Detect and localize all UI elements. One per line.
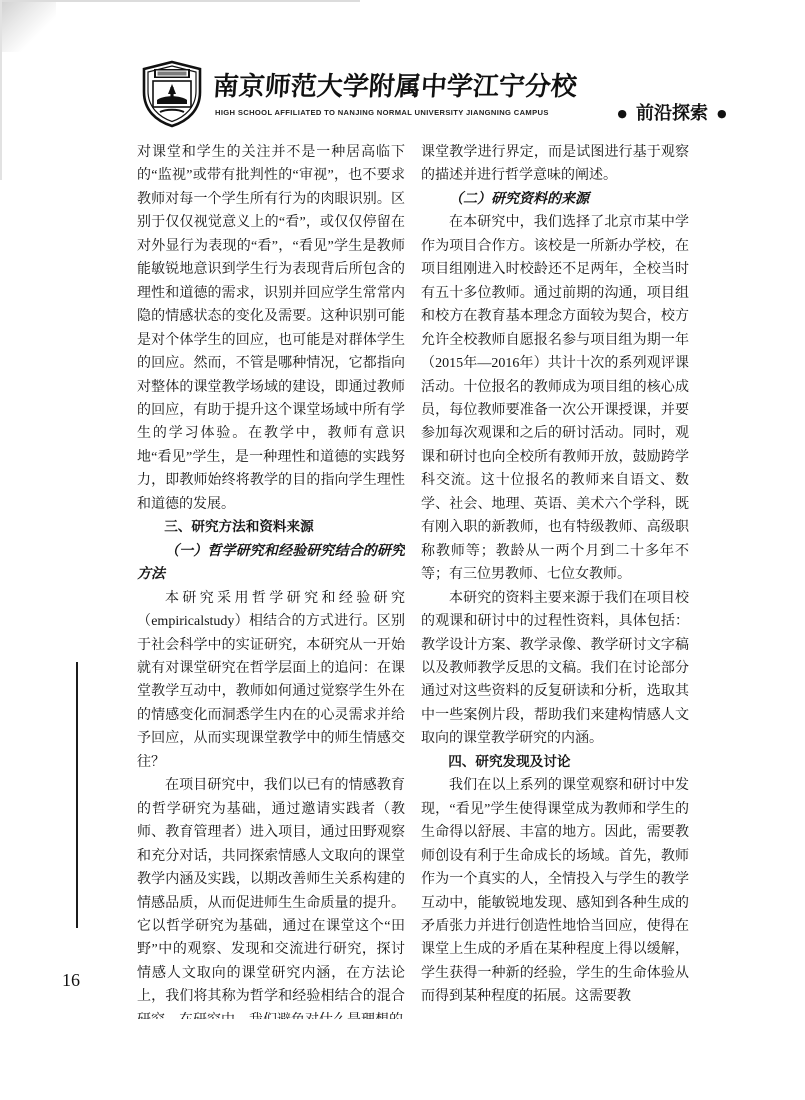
school-crest-icon bbox=[138, 60, 206, 128]
margin-rule bbox=[76, 662, 78, 928]
paragraph: 在本研究中，我们选择了北京市某中学作为项目合作方。该校是一所新办学校，在项目组刚… bbox=[421, 211, 689, 586]
subsection-heading: （一）哲学研究和经验研究结合的研究方法 bbox=[137, 540, 405, 587]
section-badge-label: 前沿探索 bbox=[636, 103, 708, 124]
badge-bullet-right-icon: ● bbox=[708, 107, 736, 120]
badge-bullet-left-icon: ● bbox=[608, 107, 636, 120]
left-text-column: 对课堂和学生的关注并不是一种居高临下的“监视”或带有批判性的“审视”，也不要求教… bbox=[137, 141, 405, 1019]
section-heading-findings: 四、研究发现及讨论 bbox=[421, 751, 689, 774]
page-number: 16 bbox=[62, 970, 80, 991]
right-text-column: 课堂教学进行界定，而是试图进行基于观察的描述并进行哲学意味的阐述。 （二）研究资… bbox=[421, 141, 689, 1019]
section-heading-methods: 三、研究方法和资料来源 bbox=[137, 516, 405, 539]
paragraph: 本研究采用哲学研究和经验研究（empiricalstudy）相结合的方式进行。区… bbox=[137, 587, 405, 775]
section-badge: ●前沿探索● bbox=[592, 99, 752, 125]
page-header: 南京师范大学附属中学江宁分校 HIGH SCHOOL AFFILIATED TO… bbox=[0, 0, 805, 135]
paragraph: 在项目研究中，我们以已有的情感教育的哲学研究为基础，通过邀请实践者（教师、教育管… bbox=[137, 774, 405, 1019]
paragraph: 课堂教学进行界定，而是试图进行基于观察的描述并进行哲学意味的阐述。 bbox=[421, 141, 689, 188]
paragraph: 对课堂和学生的关注并不是一种居高临下的“监视”或带有批判性的“审视”，也不要求教… bbox=[137, 141, 405, 516]
subsection-heading: （二）研究资料的来源 bbox=[421, 188, 689, 211]
paragraph: 本研究的资料主要来源于我们在项目校的观课和研讨中的过程性资料，具体包括：教学设计… bbox=[421, 587, 689, 751]
school-name-chinese: 南京师范大学附属中学江宁分校 bbox=[212, 66, 575, 103]
school-name-english: HIGH SCHOOL AFFILIATED TO NANJING NORMAL… bbox=[215, 108, 575, 117]
paragraph: 我们在以上系列的课堂观察和研讨中发现，“看见”学生使得课堂成为教师和学生的生命得… bbox=[421, 774, 689, 1009]
